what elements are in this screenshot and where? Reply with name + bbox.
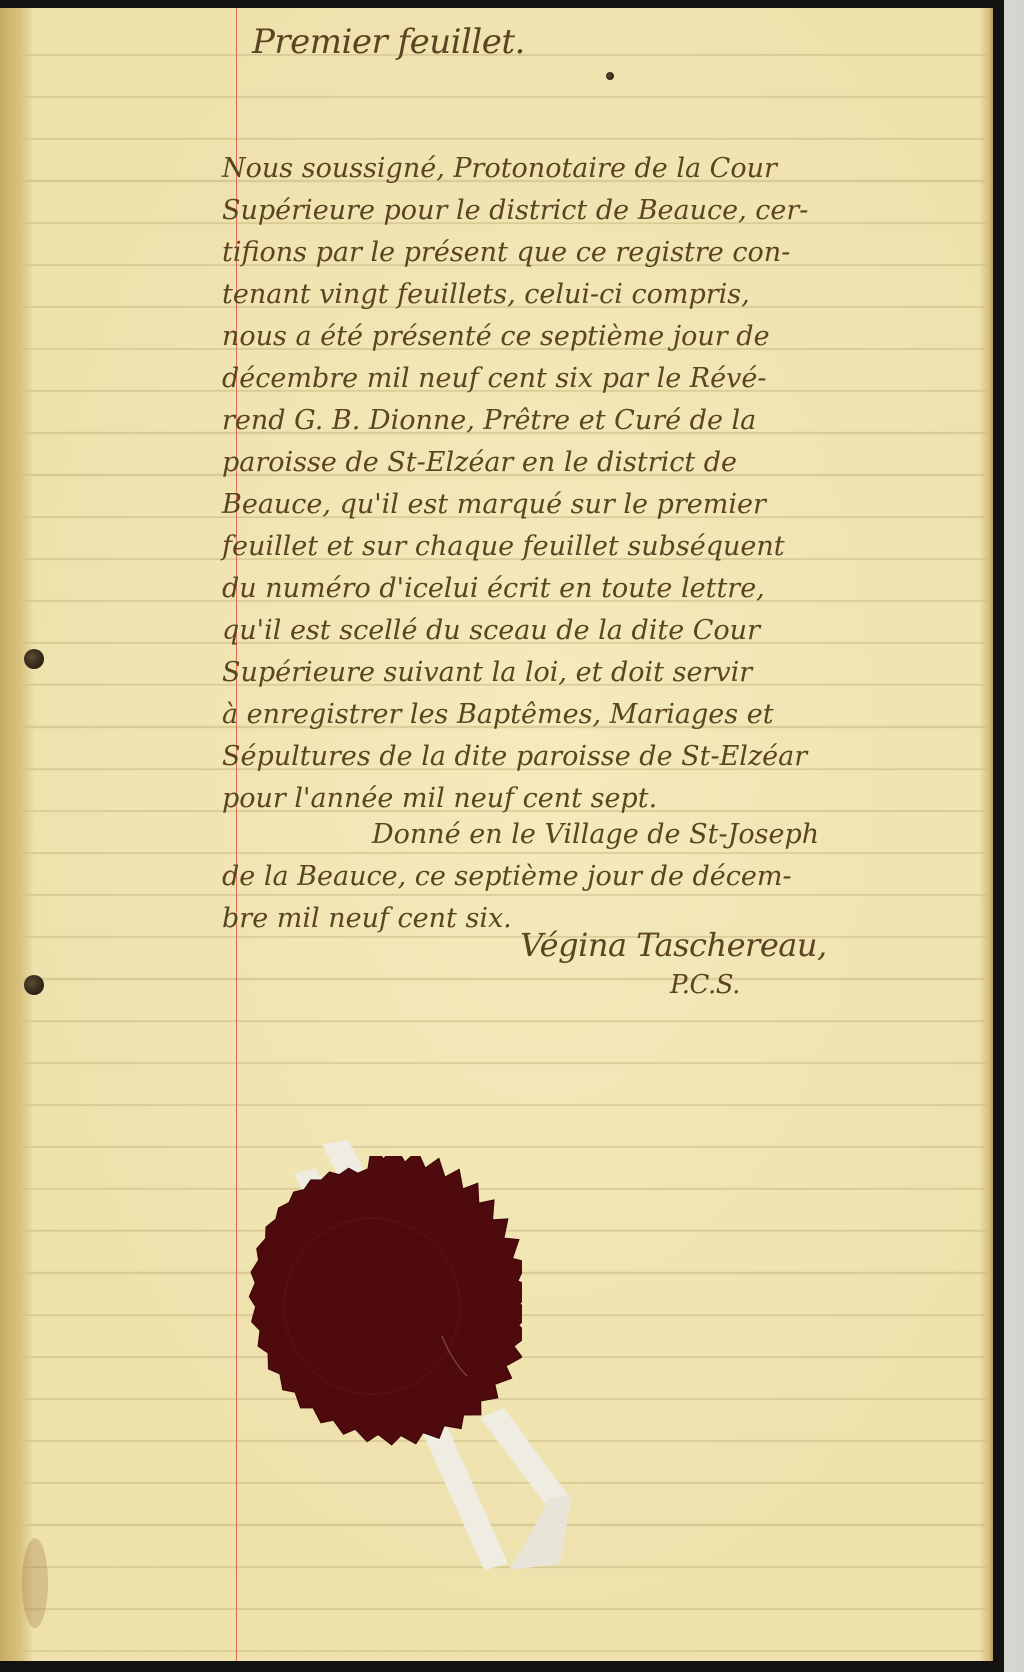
- body-line: feuillet et sur chaque feuillet subséque…: [222, 526, 982, 568]
- body-line: Supérieure suivant la loi, et doit servi…: [222, 652, 982, 694]
- page-heading: Premier feuillet.: [252, 22, 525, 62]
- body-line: du numéro d'icelui écrit en toute lettre…: [222, 568, 982, 610]
- closing-line: Donné en le Village de St-Joseph: [222, 814, 819, 856]
- body-line: rend G. B. Dionne, Prêtre et Curé de la: [222, 400, 982, 442]
- body-line: Supérieure pour le district de Beauce, c…: [222, 190, 982, 232]
- body-line: tenant vingt feuillets, celui-ci compris…: [222, 274, 982, 316]
- body-line: paroisse de St-Elzéar en le district de: [222, 442, 982, 484]
- closing-line: de la Beauce, ce septième jour de décem-: [222, 856, 819, 898]
- certificate-closing: Donné en le Village de St-Joseph de la B…: [222, 814, 819, 940]
- page-edge-left: [0, 8, 34, 1661]
- body-line: qu'il est scellé du sceau de la dite Cou…: [222, 610, 982, 652]
- body-line: nous a été présenté ce septième jour de: [222, 316, 982, 358]
- punch-hole-lower: [24, 975, 44, 995]
- signature: Végina Taschereau,: [520, 926, 827, 964]
- body-line: Nous soussigné, Protonotaire de la Cour: [222, 148, 982, 190]
- punch-hole-upper: [24, 649, 44, 669]
- body-line: tifions par le présent que ce registre c…: [222, 232, 982, 274]
- certificate-body: Nous soussigné, Protonotaire de la Cour …: [222, 148, 982, 820]
- body-line: à enregistrer les Baptêmes, Mariages et: [222, 694, 982, 736]
- body-line: Sépultures de la dite paroisse de St-Elz…: [222, 736, 982, 778]
- ink-spot: [606, 72, 614, 80]
- register-page: Premier feuillet. Nous soussigné, Proton…: [0, 8, 993, 1661]
- wax-seal-icon: [222, 1156, 522, 1456]
- signature-title: P.C.S.: [670, 970, 740, 1000]
- body-line: décembre mil neuf cent six par le Révé-: [222, 358, 982, 400]
- water-stain: [22, 1538, 48, 1628]
- body-line: Beauce, qu'il est marqué sur le premier: [222, 484, 982, 526]
